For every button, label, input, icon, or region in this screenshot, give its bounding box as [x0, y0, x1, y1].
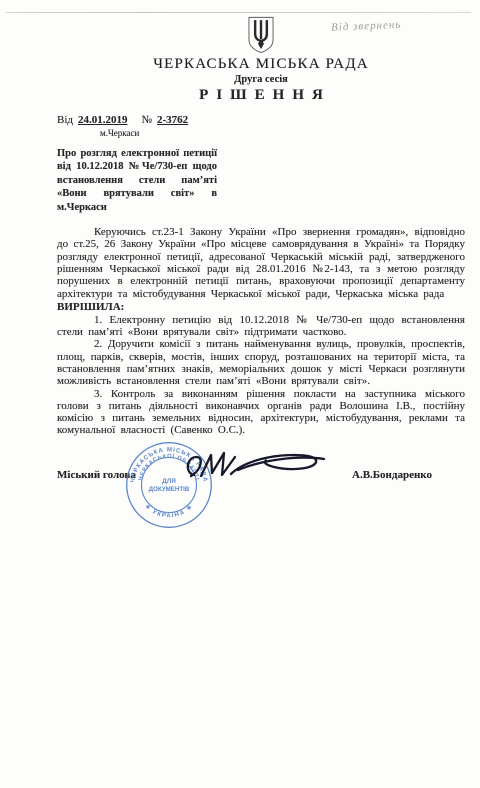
preamble-paragraph: Керуючись ст.23-1 Закону України «Про зв…	[57, 226, 465, 300]
decision-item-3: 3. Контроль за виконанням рішення поклас…	[57, 388, 465, 437]
date-value: 24.01.2019	[78, 114, 128, 126]
date-label: Від	[57, 114, 73, 126]
decision-item-2: 2. Доручити комісії з питань найменуванн…	[57, 338, 465, 387]
official-name: А.В.Бондаренко	[352, 469, 432, 481]
decision-item-1: 1. Електронну петицію від 10.12.2018 № Ч…	[57, 314, 465, 339]
stamp-center-line1: ДЛЯ	[162, 478, 176, 485]
scan-artifact-line	[6, 12, 471, 13]
official-position: Міський голова	[57, 469, 136, 481]
session-title: Друга сесія	[57, 73, 465, 86]
handwritten-signature	[178, 446, 333, 490]
document-type-title: РІШЕННЯ	[57, 86, 465, 104]
signature-row: Міський голова А.В.Бондаренко ЧЕРКАСЬКА …	[57, 469, 465, 481]
number-value: 2-3762	[157, 114, 188, 126]
city-name: м.Черкаси	[100, 128, 465, 138]
resolved-heading: ВИРІШИЛА:	[57, 301, 465, 314]
document-meta-line: Від24.01.2019№2-3762	[57, 114, 465, 127]
organization-name: ЧЕРКАСЬКА МІСЬКА РАДА	[57, 56, 465, 73]
trident-emblem-icon	[247, 16, 275, 54]
document-header: ЧЕРКАСЬКА МІСЬКА РАДА Друга сесія РІШЕНН…	[57, 0, 465, 104]
scanned-document: Від звернень ЧЕРКАСЬКА МІСЬКА РАДА Друга…	[0, 0, 480, 788]
number-label: №	[142, 114, 153, 126]
subject-paragraph: Про розгляд електронної петиції від 10.1…	[57, 147, 217, 214]
